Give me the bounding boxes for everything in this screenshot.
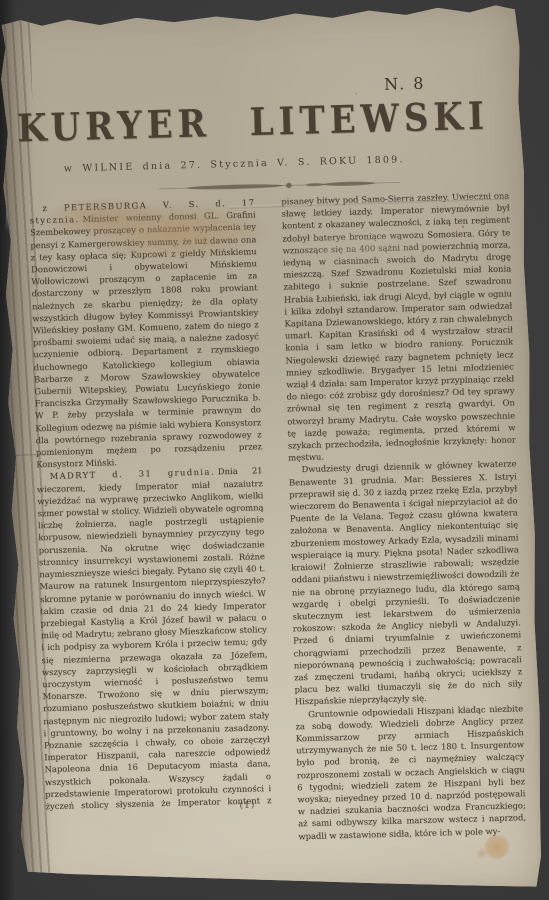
column-left: z PETERSBURGA V. S. d. 17 stycznia.Minis… — [29, 196, 271, 814]
article-paragraph: Dwudziesty drugi dziennik w główney kwat… — [288, 458, 523, 708]
paragraph-text: Dwudziesty drugi dziennik w główney kwat… — [289, 459, 523, 707]
dateline: w WILNIE dnia 27. Stycznia V. S. ROKU 18… — [34, 153, 434, 175]
article-paragraph: z PETERSBURGA V. S. d. 17 stycznia.Minis… — [29, 196, 262, 470]
paragraph-text: Dnia 21 wieczorem, kiedy Imperator miał … — [37, 466, 272, 815]
article-paragraph: pisaney bitwy pod Samo-Sierra zaszłey. U… — [281, 189, 516, 464]
column-right: pisaney bitwy pod Samo-Sierra zaszłey. U… — [281, 189, 526, 845]
newspaper-title: KURYER LITEWSKI — [17, 95, 458, 152]
article-paragraph: Gruntownie odpowiedali Hiszpani kładąc n… — [295, 702, 527, 842]
decorative-rule-icon — [157, 172, 402, 189]
paragraph-text: pisaney bitwy pod Samo-Sierra zaszłey. U… — [281, 190, 516, 462]
article-columns: z PETERSBURGA V. S. d. 17 stycznia.Minis… — [0, 189, 527, 203]
newspaper-page: N. 8 KURYER LITEWSKI w WILNIE dnia 27. S… — [0, 0, 546, 900]
photo-backdrop: N. 8 KURYER LITEWSKI w WILNIE dnia 27. S… — [0, 0, 549, 900]
page-number: (1) — [239, 801, 255, 811]
paragraph-text: Gruntownie odpowiedali Hiszpani kładąc n… — [295, 703, 526, 841]
article-paragraph: MADRYT d. 31 grudnia.Dnia 21 wieczorem, … — [36, 465, 271, 815]
issue-number: N. 8 — [384, 74, 426, 94]
paragraph-text: Minister woienny donosi GL. Grafini Szem… — [30, 210, 262, 470]
